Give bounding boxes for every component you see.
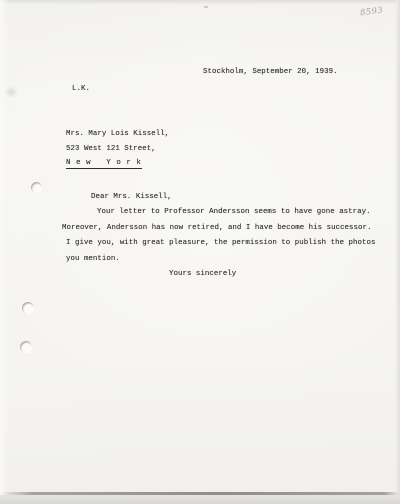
scan-edge-bottom — [0, 495, 400, 504]
scan-smudge — [4, 86, 18, 98]
scan-edge-left — [0, 0, 9, 504]
scan-edge-right — [395, 0, 400, 504]
scan-edge-top — [0, 0, 400, 5]
recipient-name: Mrs. Mary Lois Kissell, — [66, 129, 169, 139]
salutation: Dear Mrs. Kissell, — [91, 192, 172, 202]
closing: Yours sincerely — [169, 269, 236, 279]
recipient-city: N e w Y o r k — [66, 158, 142, 168]
dateline: Stockholm, September 20, 1939. — [203, 67, 338, 77]
body-line: I give you, with great pleasure, the per… — [66, 238, 375, 248]
recipient-street: 523 West 121 Street, — [66, 144, 156, 154]
archival-number: 8593 — [359, 6, 383, 19]
body-line: you mention. — [66, 254, 120, 264]
punch-hole — [22, 302, 34, 314]
scan-speck — [204, 6, 208, 8]
body-line: Moreover, Andersson has now retired, and… — [62, 223, 371, 233]
punch-hole — [31, 182, 42, 193]
sender-initials: L.K. — [72, 84, 90, 94]
body-line: Your letter to Professor Andersson seems… — [97, 207, 371, 217]
recipient-city-underlined: N e w Y o r k — [66, 159, 142, 169]
letter-scan: 8593 Stockholm, September 20, 1939. L.K.… — [0, 0, 400, 504]
punch-hole — [20, 341, 32, 353]
